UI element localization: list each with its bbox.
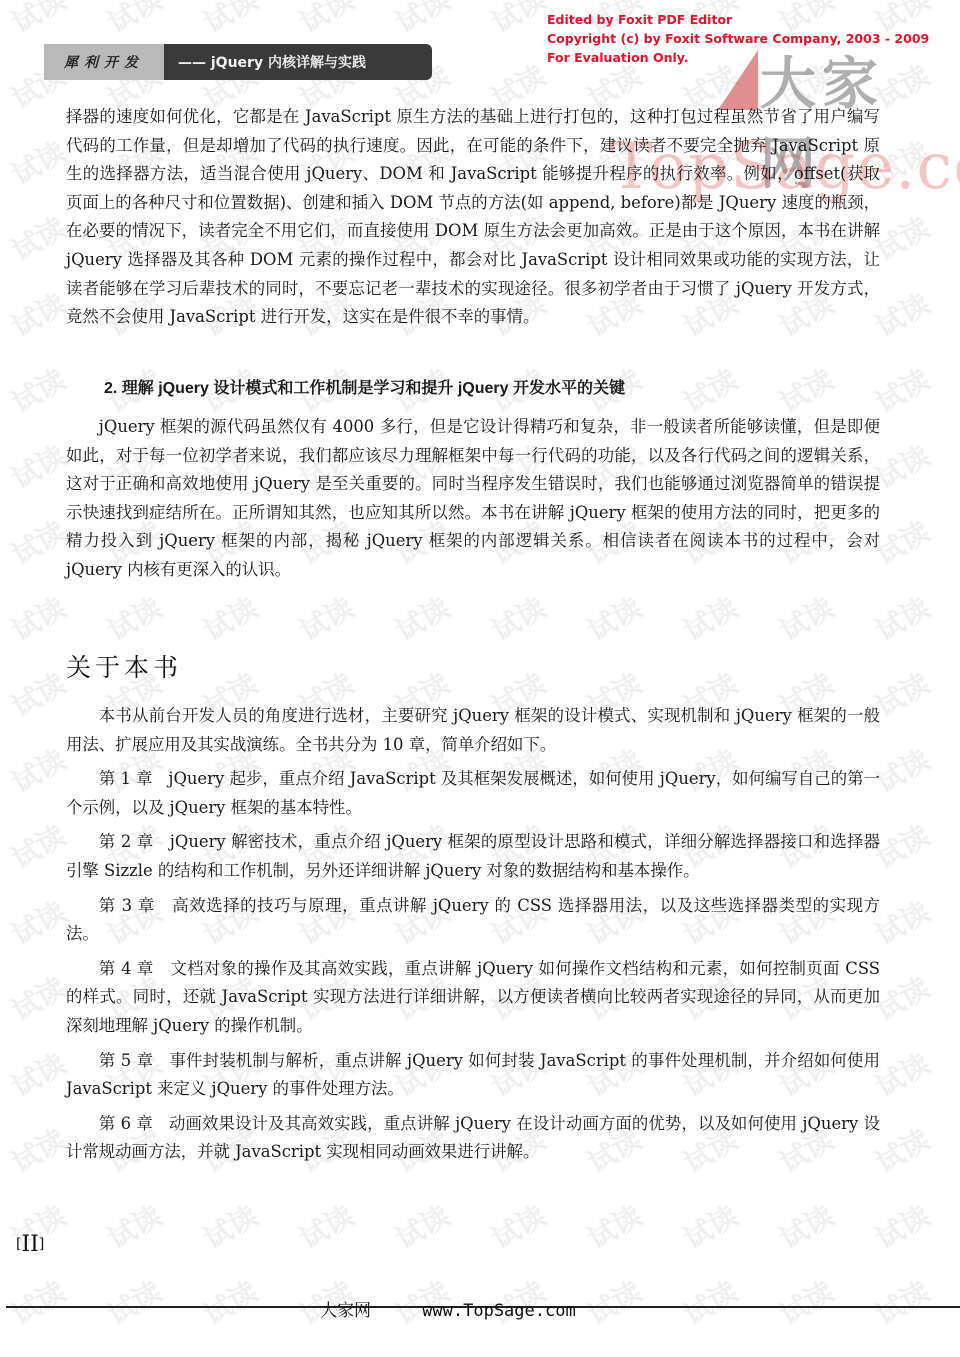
- chapter-text: jQuery 起步，重点介绍 JavaScript 及其框架发展概述，如何使用 …: [66, 769, 880, 817]
- chapter-5: 第 5 章 事件封装机制与解析，重点讲解 jQuery 如何封装 JavaScr…: [66, 1047, 880, 1104]
- watermark-tile: 试读: [676, 587, 745, 650]
- watermark-tile: 试读: [580, 1195, 649, 1258]
- chapter-text: jQuery 解密技术，重点介绍 jQuery 框架的原型设计思路和模式，详细分…: [66, 832, 880, 880]
- watermark-tile: 试读: [100, 1271, 169, 1334]
- chapter-label: 第 2 章: [99, 832, 154, 851]
- chapter-text: 动画效果设计及其高效实践，重点讲解 jQuery 在设计动画方面的优势，以及如何…: [66, 1114, 880, 1162]
- watermark-tile: 试读: [4, 967, 73, 1030]
- watermark-tile: 试读: [4, 1119, 73, 1182]
- chapter-3: 第 3 章 高效选择的技巧与原理，重点讲解 jQuery 的 CSS 选择器用法…: [66, 892, 880, 949]
- watermark-tile: 试读: [388, 0, 457, 41]
- foxit-line-1: Edited by Foxit PDF Editor: [547, 10, 929, 29]
- chapter-4: 第 4 章 文档对象的操作及其高效实践，重点讲解 jQuery 如何操作文档结构…: [66, 955, 880, 1041]
- watermark-tile: 试读: [388, 587, 457, 650]
- point-2-heading: 2. 理解 jQuery 设计模式和工作机制是学习和提升 jQuery 开发水平…: [104, 375, 625, 398]
- running-header: 犀利开发 —— jQuery 内核详解与实践: [44, 44, 432, 80]
- watermark-tile: 试读: [100, 0, 169, 41]
- watermark-tile: 试读: [292, 1195, 361, 1258]
- chapter-label: 第 4 章: [99, 959, 154, 978]
- watermark-tile: 试读: [772, 359, 841, 422]
- chapter-label: 第 3 章: [99, 896, 155, 915]
- watermark-tile: 试读: [772, 1271, 841, 1334]
- watermark-tile: 试读: [292, 0, 361, 41]
- page-number-value: II: [21, 1232, 38, 1257]
- watermark-tile: 试读: [868, 1271, 937, 1334]
- watermark-tile: 试读: [676, 1271, 745, 1334]
- watermark-tile: 试读: [4, 283, 73, 346]
- watermark-tile: 试读: [868, 1195, 937, 1258]
- series-label: 犀利开发: [44, 44, 164, 80]
- section-title-about: 关于本书: [66, 648, 182, 684]
- watermark-tile: 试读: [4, 207, 73, 270]
- watermark-tile: 试读: [772, 1195, 841, 1258]
- watermark-tile: 试读: [196, 0, 265, 41]
- watermark-tile: 试读: [196, 1271, 265, 1334]
- watermark-tile: 试读: [4, 663, 73, 726]
- watermark-tile: 试读: [4, 131, 73, 194]
- watermark-tile: 试读: [484, 587, 553, 650]
- intro-block: 择器的速度如何优化，它都是在 JavaScript 原生方法的基础上进行打包的，…: [66, 103, 880, 332]
- watermark-tile: 试读: [388, 1195, 457, 1258]
- watermark-tile: 试读: [4, 0, 73, 41]
- watermark-tile: 试读: [4, 1271, 73, 1334]
- watermark-tile: 试读: [676, 359, 745, 422]
- watermark-tile: 试读: [676, 1195, 745, 1258]
- watermark-tile: 试读: [4, 587, 73, 650]
- chapter-6: 第 6 章 动画效果设计及其高效实践，重点讲解 jQuery 在设计动画方面的优…: [66, 1110, 880, 1167]
- watermark-tile: 试读: [292, 587, 361, 650]
- about-paragraph: 本书从前台开发人员的角度进行选材，主要研究 jQuery 框架的设计模式、实现机…: [66, 702, 880, 759]
- watermark-tile: 试读: [772, 587, 841, 650]
- watermark-tile: 试读: [4, 815, 73, 878]
- chapter-text: 事件封装机制与解析，重点讲解 jQuery 如何封装 JavaScript 的事…: [66, 1051, 880, 1099]
- watermark-tile: 试读: [4, 511, 73, 574]
- chapter-label: 第 6 章: [99, 1114, 153, 1133]
- watermark-tile: 试读: [196, 587, 265, 650]
- watermark-tile: 试读: [484, 0, 553, 41]
- watermark-tile: 试读: [580, 587, 649, 650]
- chapter-1: 第 1 章 jQuery 起步，重点介绍 JavaScript 及其框架发展概述…: [66, 765, 880, 822]
- watermark-tile: 试读: [4, 891, 73, 954]
- intro-paragraph: 择器的速度如何优化，它都是在 JavaScript 原生方法的基础上进行打包的，…: [66, 103, 880, 332]
- watermark-tile: 试读: [4, 1043, 73, 1106]
- watermark-tile: 试读: [100, 1195, 169, 1258]
- footer-site-text: 大家网 www.TopSage.com: [320, 1296, 576, 1321]
- chapter-text: 高效选择的技巧与原理，重点讲解 jQuery 的 CSS 选择器用法，以及这些选…: [66, 896, 880, 944]
- watermark-tile: 试读: [868, 587, 937, 650]
- page-number: [II]: [16, 1232, 44, 1257]
- watermark-tile: 试读: [4, 359, 73, 422]
- bracket-right: ]: [39, 1236, 44, 1252]
- watermark-tile: 试读: [484, 1195, 553, 1258]
- watermark-tile: 试读: [4, 435, 73, 498]
- watermark-tile: 试读: [4, 739, 73, 802]
- watermark-tile: 试读: [580, 1271, 649, 1334]
- chapter-2: 第 2 章 jQuery 解密技术，重点介绍 jQuery 框架的原型设计思路和…: [66, 828, 880, 885]
- watermark-tile: 试读: [196, 1195, 265, 1258]
- chapter-label: 第 1 章: [99, 769, 153, 788]
- book-title: —— jQuery 内核详解与实践: [164, 44, 432, 80]
- about-block: 本书从前台开发人员的角度进行选材，主要研究 jQuery 框架的设计模式、实现机…: [66, 702, 880, 1167]
- logo-slash-icon: [718, 50, 758, 110]
- point-2-block: jQuery 框架的源代码虽然仅有 4000 多行，但是它设计得精巧和复杂，非一…: [66, 413, 880, 585]
- watermark-tile: 试读: [868, 359, 937, 422]
- watermark-tile: 试读: [100, 587, 169, 650]
- chapter-label: 第 5 章: [99, 1051, 153, 1070]
- point-2-paragraph: jQuery 框架的源代码虽然仅有 4000 多行，但是它设计得精巧和复杂，非一…: [66, 413, 880, 585]
- chapter-text: 文档对象的操作及其高效实践，重点讲解 jQuery 如何操作文档结构和元素，如何…: [66, 959, 880, 1035]
